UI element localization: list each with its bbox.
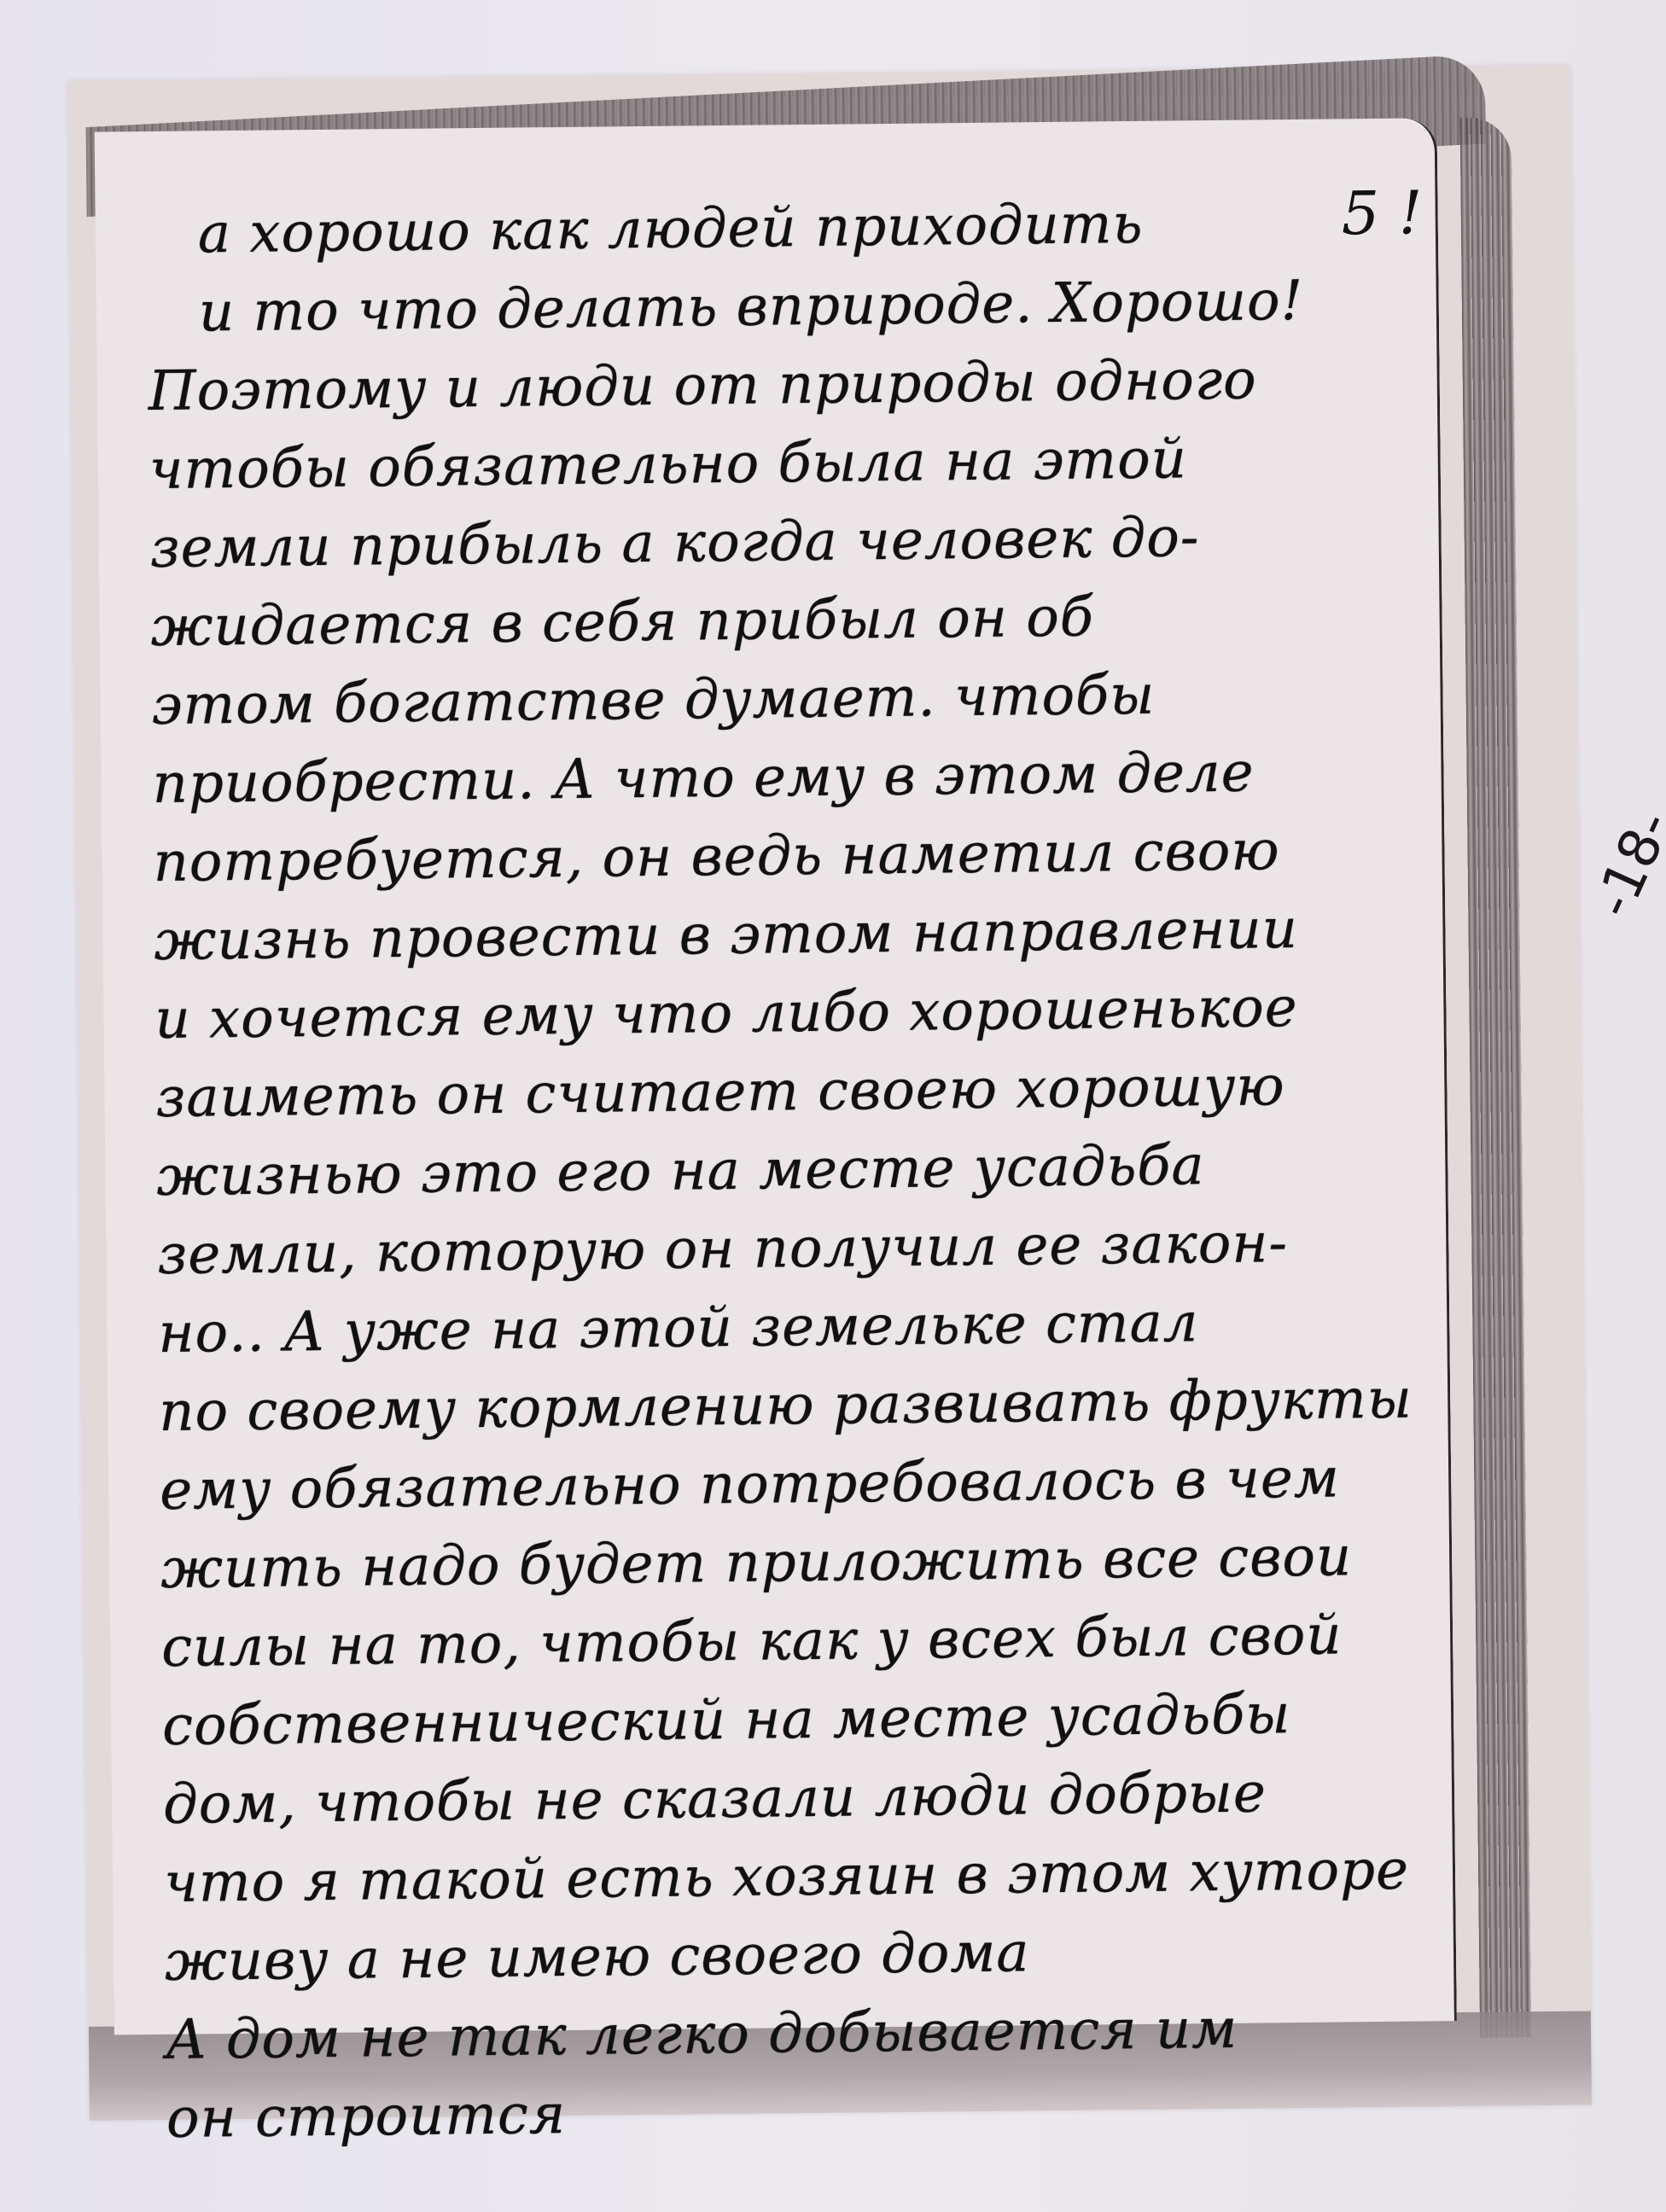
text-line: Поэтому и люди от природы одного [148,339,1446,431]
text-line: собственнический на месте усадьбы [162,1674,1460,1766]
text-line: приобрести. А что ему в этом деле [152,731,1450,824]
text-line: по своему кормлению развивать фрукты [159,1359,1457,1452]
text-line: заиметь он считает своею хорошую [155,1045,1453,1138]
text-line: земли, которую он получил ее закон- [157,1202,1455,1295]
text-line: дом, чтобы не сказали люди добрые [163,1752,1461,1844]
text-line: этом богатстве думает. чтобы [151,653,1449,745]
text-line: что я такой есть хозяин в этом хуторе [164,1831,1462,1923]
text-line: живу а не имею своего дома [165,1909,1463,2001]
text-line: потребуется, он ведь наметил свою [153,810,1451,902]
text-line: жить надо будет приложить все свои [160,1516,1459,1609]
text-line: земли прибыль а когда человек до- [149,496,1448,588]
text-line: чтобы обязательно была на этой [149,417,1447,509]
text-line: но.. А уже на этой земельке стал [158,1281,1456,1373]
text-line: жидается в себя прибыл он об [150,574,1448,667]
text-line: ему обязательно потребовалось в чем [160,1438,1458,1530]
text-line: он строится [166,2066,1465,2158]
text-line: А дом не так легко добывается им [166,1988,1464,2080]
document-sheet: 5 ! а хорошо как людей приходить и то чт… [68,66,1592,2121]
text-line: а хорошо как людей приходить [146,182,1444,274]
text-line: жизнью это его на месте усадьба [156,1124,1454,1216]
page-content-area: 5 ! а хорошо как людей приходить и то чт… [95,118,1457,2034]
handwritten-text: а хорошо как людей приходить и то что де… [146,182,1464,2158]
text-line: и хочется ему что либо хорошенькое [154,967,1453,1059]
text-line: и то что делать вприроде. Хорошо! [147,260,1445,352]
text-line: силы на то, чтобы как у всех был свой [161,1595,1459,1687]
photocopy-right-border [1460,117,1532,2038]
text-line: жизнь провести в этом направлении [154,888,1452,981]
margin-page-number: -18- [1582,801,1666,927]
